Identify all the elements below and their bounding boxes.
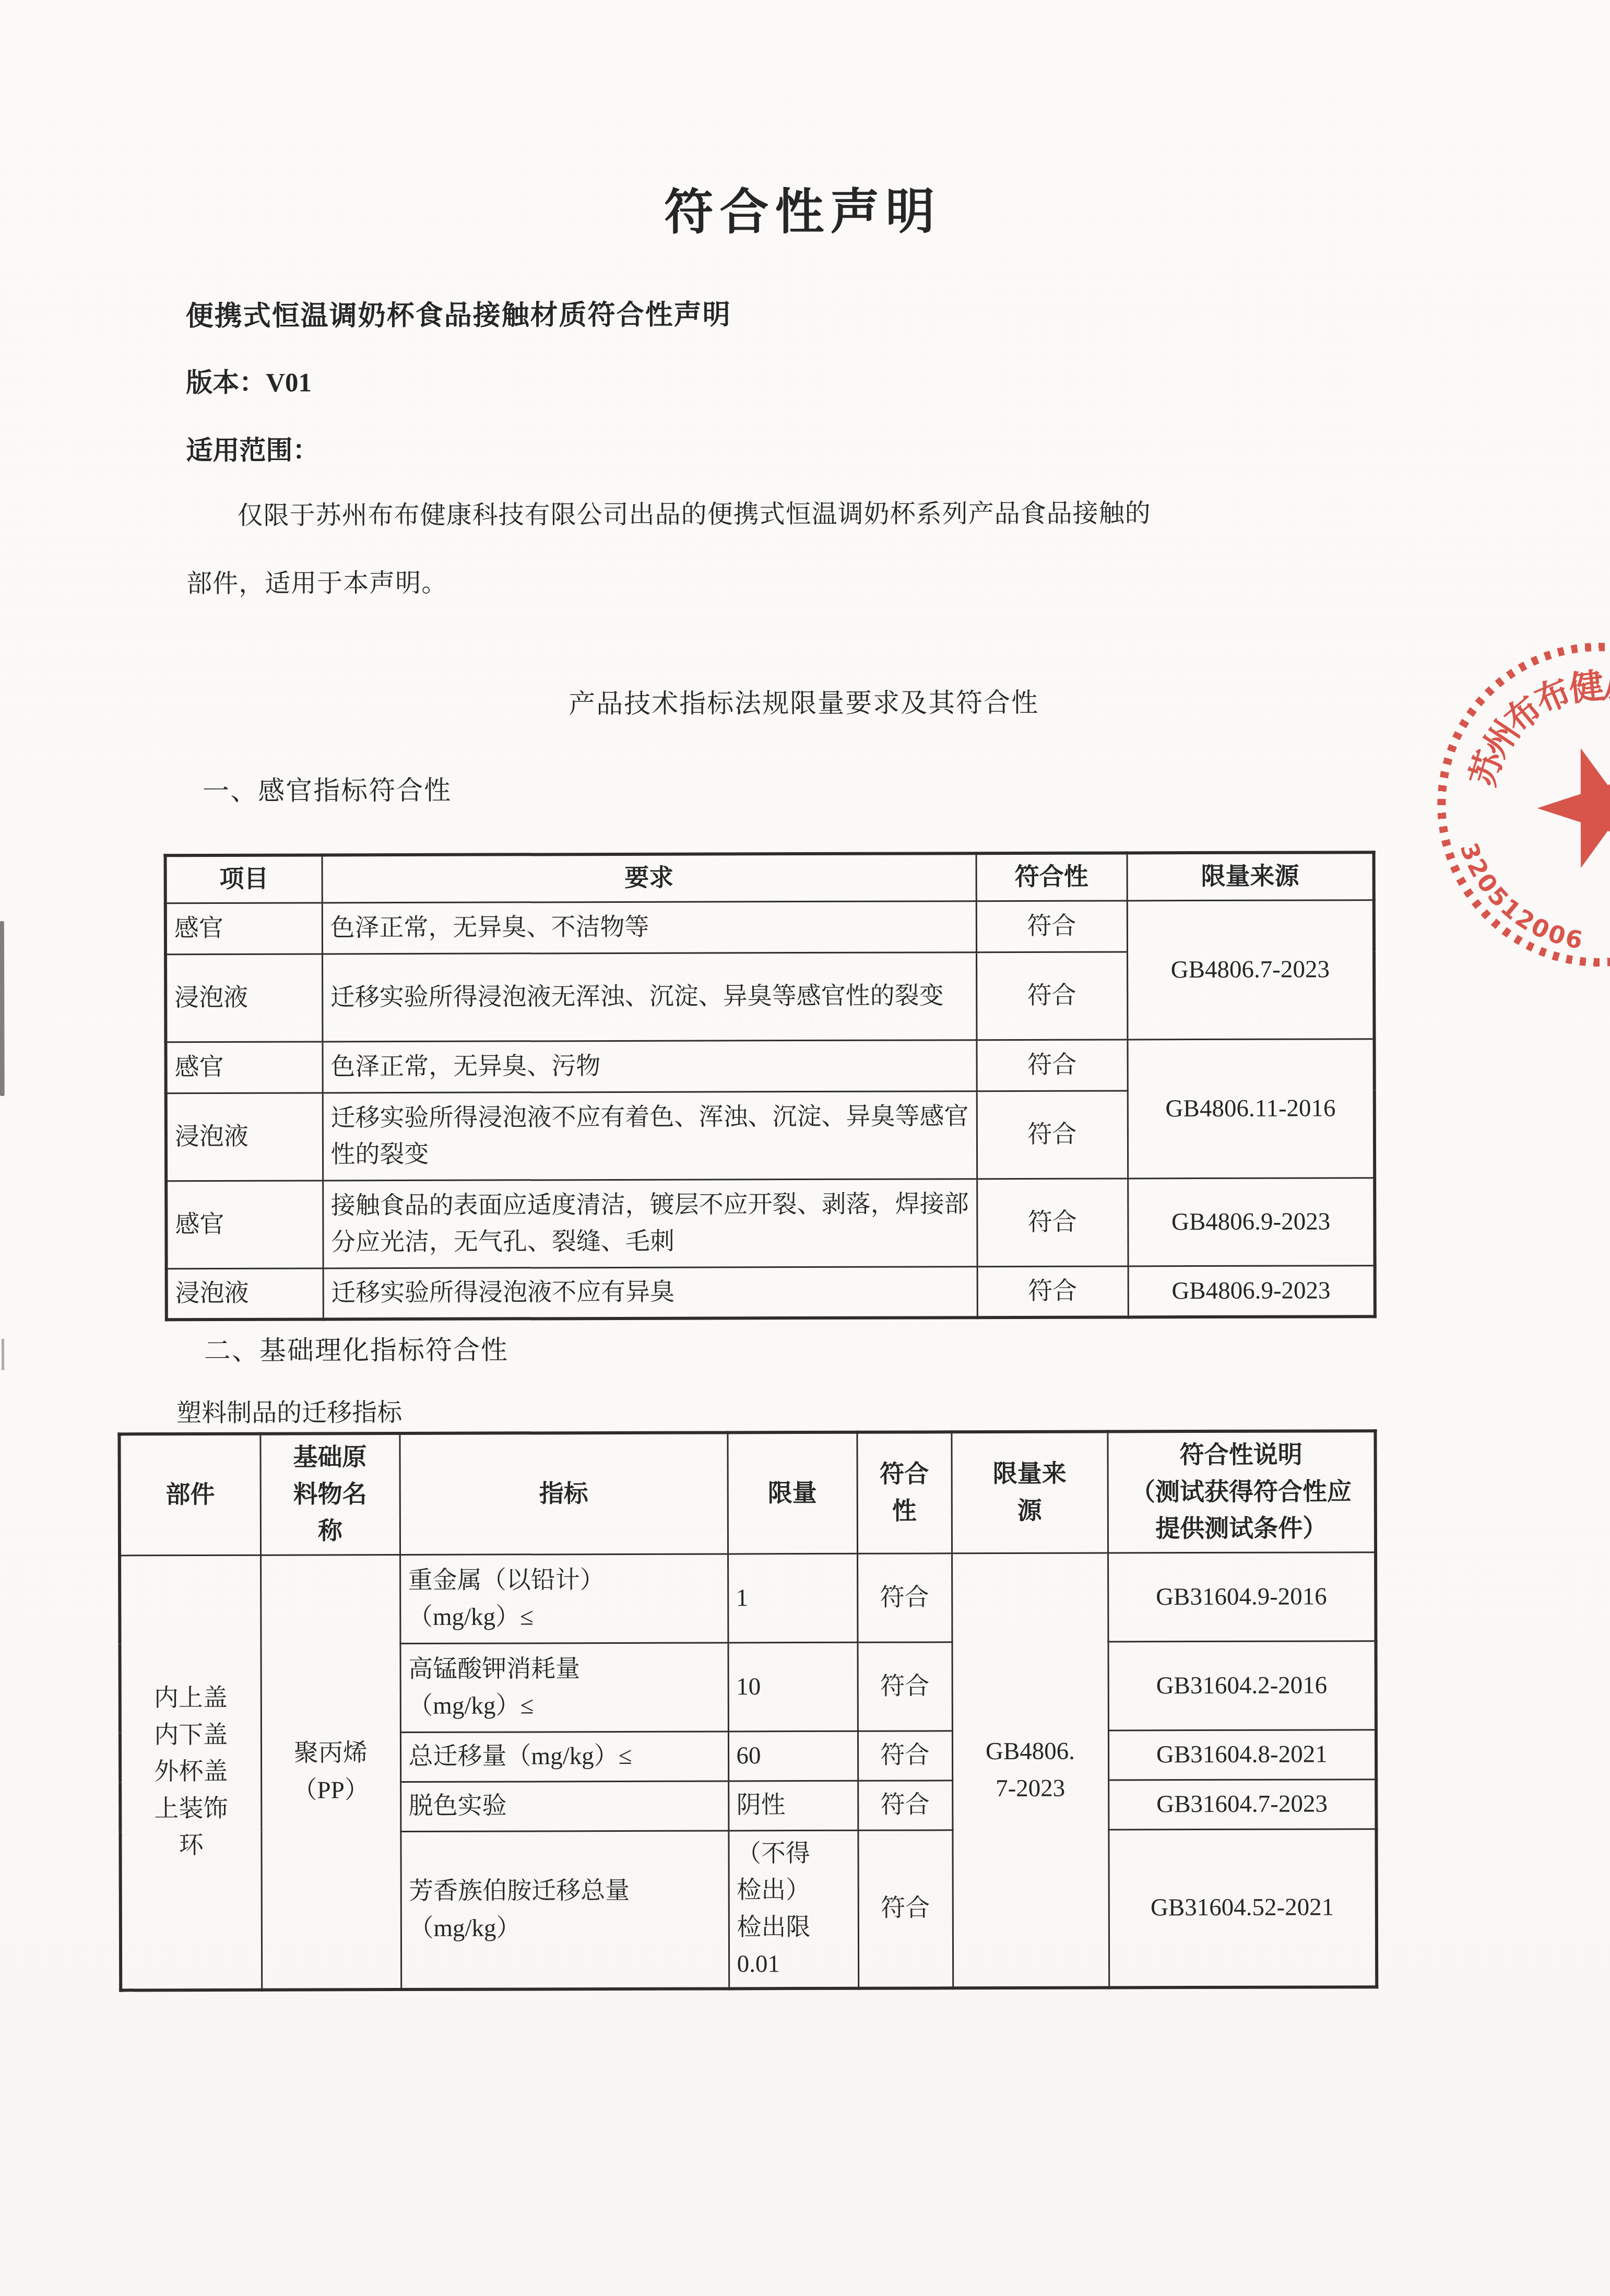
table-row: 感官 色泽正常，无异臭、不洁物等 符合 GB4806.7-2023	[165, 900, 1374, 954]
material-cell: 聚丙烯 （PP）	[261, 1555, 401, 1989]
limit-cell: 60	[728, 1731, 858, 1781]
part-cell: 内上盖 内下盖 外杯盖 上装饰 环	[120, 1555, 262, 1990]
conformity-cell: 符合	[976, 951, 1127, 1040]
sensory-header-row: 项目 要求 符合性 限量来源	[165, 852, 1374, 903]
migration-table-caption: 塑料制品的迁移指标	[176, 1392, 402, 1429]
table-row: 感官 接触食品的表面应适度清洁，镀层不应开裂、剥落，焊接部分应光洁，无气孔、裂缝…	[166, 1178, 1375, 1268]
conformity-cell: 符合	[977, 1090, 1128, 1179]
scope-paragraph-line-1: 仅限于苏州布布健康科技有限公司出品的便携式恒温调奶杯系列产品食品接触的	[186, 492, 1387, 532]
header-part: 部件	[119, 1434, 261, 1556]
requirement-cell: 色泽正常，无异臭、污物	[322, 1040, 976, 1092]
section-1-heading: 一、感官指标符合性	[203, 769, 452, 808]
conformity-cell: 符合	[976, 900, 1127, 952]
left-edge-smudge	[0, 921, 5, 1096]
item-cell: 浸泡液	[166, 1092, 323, 1181]
note-cell: GB31604.52-2021	[1108, 1829, 1377, 1987]
left-edge-mark	[2, 1339, 4, 1370]
conformity-cell: 符合	[857, 1553, 952, 1642]
version-line: 版本：V01	[186, 360, 312, 399]
section-2-heading: 二、基础理化指标符合性	[204, 1328, 508, 1368]
indicator-cell: 芳香族伯胺迁移总量 （mg/kg）	[400, 1830, 729, 1989]
conformity-cell: 符合	[858, 1830, 953, 1988]
tech-requirements-heading: 产品技术指标法规限量要求及其符合性	[0, 679, 1609, 722]
company-stamp: ★ 苏州布布健康 320512006	[1437, 643, 1609, 967]
indicator-cell: 脱色实验	[400, 1781, 728, 1831]
migration-table: 部件 基础原 料物名 称 指标 限量 符合 性 限量来 源 符合性说明 （测试获…	[117, 1429, 1378, 1992]
conformity-cell: 符合	[977, 1266, 1128, 1317]
header-limit-source: 限量来 源	[951, 1431, 1108, 1553]
source-cell: GB4806.9-2023	[1128, 1265, 1375, 1317]
header-indicator: 指标	[399, 1432, 728, 1555]
item-cell: 感官	[165, 902, 322, 954]
header-requirement: 要求	[322, 853, 976, 902]
scope-label: 适用范围：	[186, 428, 319, 467]
limit-cell: （不得 检出） 检出限 0.01	[728, 1830, 858, 1988]
scope-paragraph-line-2: 部件，适用于本声明。	[186, 563, 447, 600]
conformity-cell: 符合	[977, 1178, 1128, 1266]
stamp-arc-char: 健	[1567, 658, 1606, 711]
header-material: 基础原 料物名 称	[260, 1433, 400, 1555]
indicator-cell: 高锰酸钾消耗量 （mg/kg）≤	[400, 1642, 728, 1732]
limit-source-cell: GB4806. 7-2023	[952, 1552, 1109, 1987]
sensory-table: 项目 要求 符合性 限量来源 感官 色泽正常，无异臭、不洁物等 符合 GB480…	[164, 851, 1377, 1321]
conformity-cell: 符合	[858, 1730, 952, 1780]
limit-cell: 1	[728, 1553, 857, 1643]
note-cell: GB31604.7-2023	[1108, 1779, 1376, 1829]
indicator-cell: 重金属（以铅计） （mg/kg）≤	[400, 1553, 728, 1643]
conformity-cell: 符合	[858, 1780, 952, 1830]
conformity-cell: 符合	[976, 1039, 1127, 1091]
migration-header-row: 部件 基础原 料物名 称 指标 限量 符合 性 限量来 源 符合性说明 （测试获…	[119, 1431, 1376, 1555]
table-row: 浸泡液 迁移实验所得浸泡液不应有异臭 符合 GB4806.9-2023	[167, 1265, 1375, 1320]
header-conformity: 符合 性	[857, 1432, 952, 1553]
requirement-cell: 迁移实验所得浸泡液不应有着色、浑浊、沉淀、异臭等感官性的裂变	[323, 1091, 977, 1180]
requirement-cell: 迁移实验所得浸泡液不应有异臭	[323, 1266, 977, 1319]
source-cell: GB4806.9-2023	[1128, 1178, 1375, 1266]
doc-subtitle: 便携式恒温调奶杯食品接触材质符合性声明	[186, 292, 731, 334]
item-cell: 感官	[165, 1041, 322, 1093]
note-cell: GB31604.9-2016	[1108, 1552, 1376, 1641]
limit-cell: 阴性	[728, 1781, 858, 1831]
page-title: 符合性声明	[0, 170, 1607, 245]
stamp-circle: ★ 苏州布布健康 320512006	[1437, 642, 1610, 967]
requirement-cell: 接触食品的表面应适度清洁，镀层不应开裂、剥落，焊接部分应光洁，无气孔、裂缝、毛刺	[323, 1179, 977, 1268]
table-row: 感官 色泽正常，无异臭、污物 符合 GB4806.11-2016	[165, 1039, 1374, 1093]
table-row: 内上盖 内下盖 外杯盖 上装饰 环 聚丙烯 （PP） 重金属（以铅计） （mg/…	[120, 1552, 1376, 1644]
requirement-cell: 迁移实验所得浸泡液无浑浊、沉淀、异臭等感官性的裂变	[322, 952, 976, 1041]
header-conformity: 符合性	[976, 853, 1127, 901]
header-item: 项目	[165, 855, 322, 903]
note-cell: GB31604.2-2016	[1108, 1641, 1376, 1730]
note-cell: GB31604.8-2021	[1108, 1729, 1376, 1780]
item-cell: 浸泡液	[165, 953, 322, 1042]
header-conformity-note: 符合性说明 （测试获得符合性应 提供测试条件）	[1107, 1431, 1376, 1552]
requirement-cell: 色泽正常，无异臭、不洁物等	[322, 901, 976, 953]
header-limit-source: 限量来源	[1127, 852, 1374, 900]
limit-cell: 10	[728, 1642, 857, 1732]
conformity-cell: 符合	[857, 1642, 952, 1730]
scanned-page: 符合性声明 便携式恒温调奶杯食品接触材质符合性声明 版本：V01 适用范围： 仅…	[0, 0, 1610, 2296]
source-cell: GB4806.7-2023	[1127, 900, 1375, 1039]
source-cell: GB4806.11-2016	[1127, 1039, 1375, 1178]
indicator-cell: 总迁移量（mg/kg）≤	[400, 1731, 728, 1782]
item-cell: 感官	[166, 1180, 323, 1268]
header-limit: 限量	[727, 1432, 857, 1554]
item-cell: 浸泡液	[167, 1268, 323, 1320]
